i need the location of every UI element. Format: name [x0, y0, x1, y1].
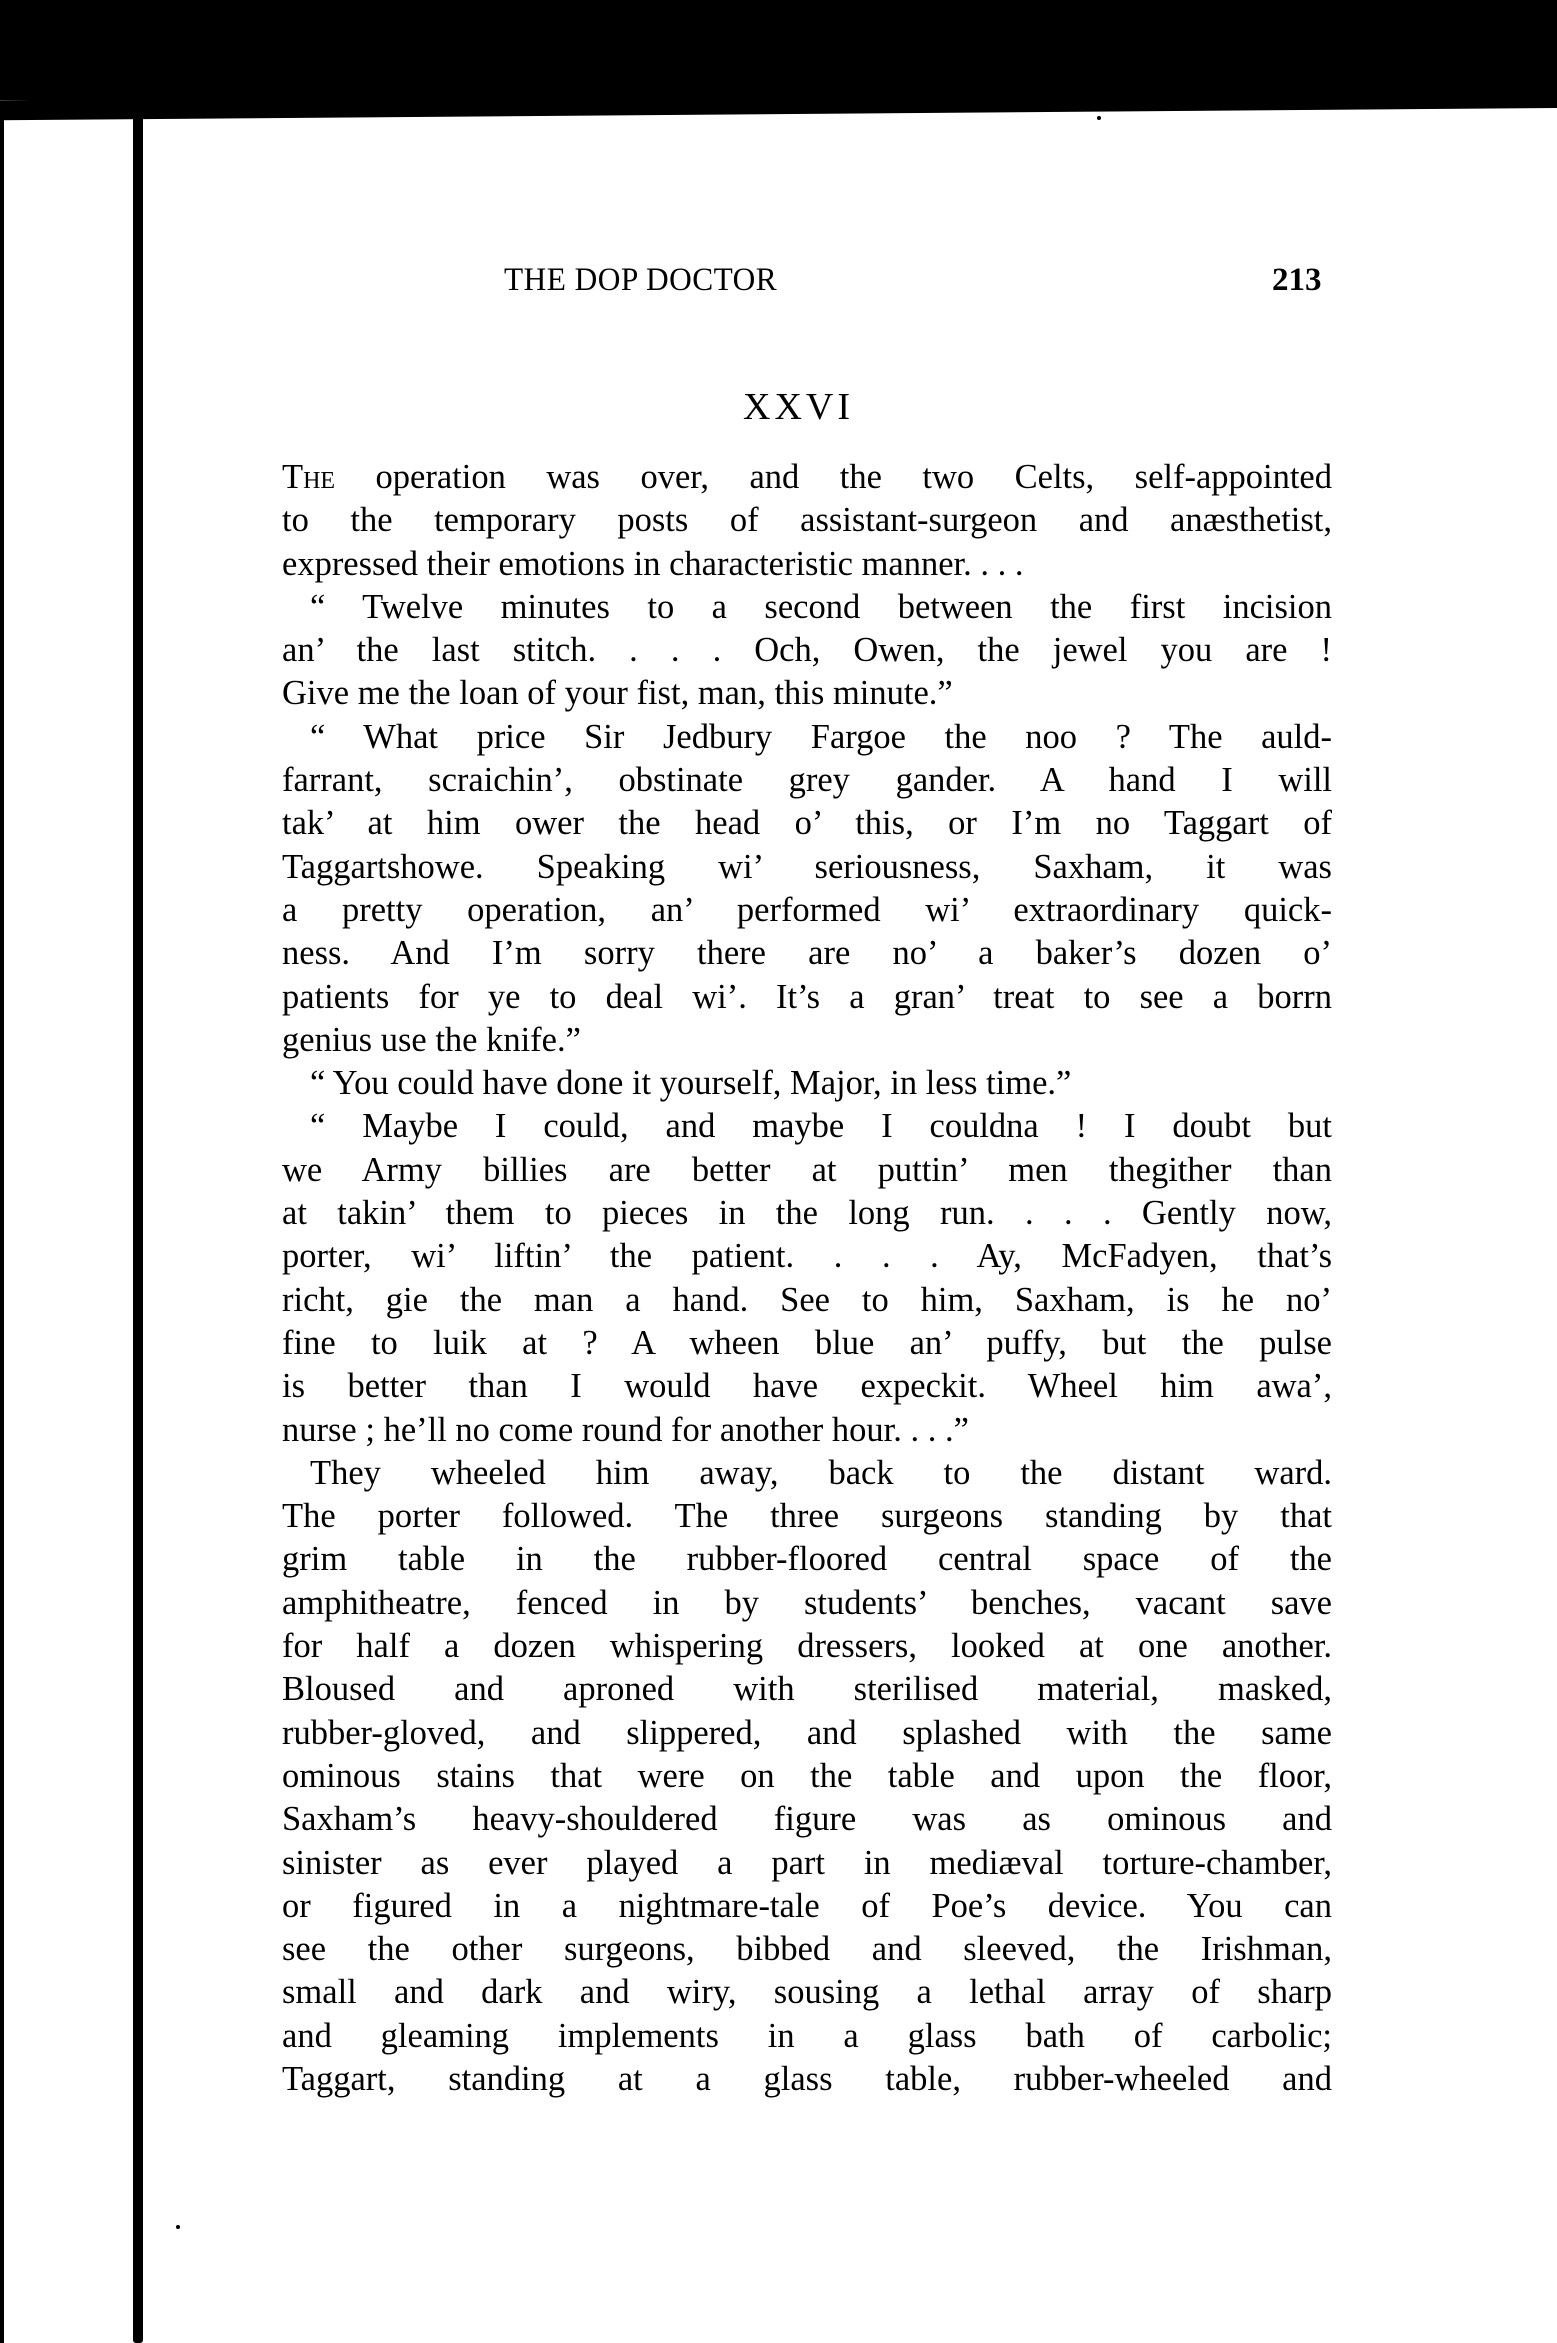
text-line: Give me the loan of your fist, man, this… — [282, 672, 1332, 715]
drop-smallcaps: The — [282, 458, 335, 496]
text-line: Taggartshowe. Speaking wi’ seriousness, … — [282, 846, 1332, 889]
text-line: nurse ; he’ll no come round for another … — [282, 1409, 1332, 1452]
chapter-number: XXVI — [0, 385, 1557, 429]
text-line: “ What price Sir Jedbury Fargoe the noo … — [282, 716, 1332, 759]
text-line: ness. And I’m sorry there are no’ a bake… — [282, 932, 1332, 975]
text-line: The porter followed. The three surgeons … — [282, 1495, 1332, 1538]
running-title: THE DOP DOCTOR — [504, 262, 777, 299]
text-line: rubber-gloved, and slippered, and splash… — [282, 1712, 1332, 1755]
text-line: The operation was over, and the two Celt… — [282, 456, 1332, 499]
text-line: amphitheatre, fenced in by students’ ben… — [282, 1582, 1332, 1625]
scan-top-border — [0, 0, 1557, 100]
text-line: grim table in the rubber-floored central… — [282, 1538, 1332, 1581]
text-line: we Army billies are better at puttin’ me… — [282, 1149, 1332, 1192]
text-line: an’ the last stitch. . . . Och, Owen, th… — [282, 629, 1332, 672]
text-line: expressed their emotions in characterist… — [282, 543, 1332, 586]
text-line: a pretty operation, an’ performed wi’ ex… — [282, 889, 1332, 932]
scan-speck — [1097, 116, 1101, 120]
text-line: at takin’ them to pieces in the long run… — [282, 1192, 1332, 1235]
text-line: ominous stains that were on the table an… — [282, 1755, 1332, 1798]
text-line: tak’ at him ower the head o’ this, or I’… — [282, 802, 1332, 845]
text-line: “ You could have done it yourself, Major… — [282, 1062, 1332, 1105]
scan-speck — [176, 2225, 180, 2229]
text-line: Saxham’s heavy-shouldered figure was as … — [282, 1798, 1332, 1841]
text-line: richt, gie the man a hand. See to him, S… — [282, 1279, 1332, 1322]
text-line: sinister as ever played a part in mediæv… — [282, 1842, 1332, 1885]
text-line: patients for ye to deal wi’. It’s a gran… — [282, 976, 1332, 1019]
text-line: is better than I would have expeckit. Wh… — [282, 1365, 1332, 1408]
book-gutter-line — [133, 105, 143, 2343]
text-line: and gleaming implements in a glass bath … — [282, 2015, 1332, 2058]
text-line: genius use the knife.” — [282, 1019, 1332, 1062]
text-line: to the temporary posts of assistant-surg… — [282, 499, 1332, 542]
text-line: or figured in a nightmare-tale of Poe’s … — [282, 1885, 1332, 1928]
text-line: “ Maybe I could, and maybe I couldna ! I… — [282, 1105, 1332, 1148]
page-number: 213 — [1272, 262, 1322, 299]
text-line: small and dark and wiry, sousing a letha… — [282, 1971, 1332, 2014]
text-line: “ Twelve minutes to a second between the… — [282, 586, 1332, 629]
text-line: They wheeled him away, back to the dista… — [282, 1452, 1332, 1495]
text-line: see the other surgeons, bibbed and sleev… — [282, 1928, 1332, 1971]
text-line: farrant, scraichin’, obstinate grey gand… — [282, 759, 1332, 802]
text-line: for half a dozen whispering dressers, lo… — [282, 1625, 1332, 1668]
text-line: Bloused and aproned with sterilised mate… — [282, 1668, 1332, 1711]
text-line: fine to luik at ? A wheen blue an’ puffy… — [282, 1322, 1332, 1365]
text-line: Taggart, standing at a glass table, rubb… — [282, 2058, 1332, 2101]
scan-left-edge — [0, 104, 4, 2343]
text-line: porter, wi’ liftin’ the patient. . . . A… — [282, 1235, 1332, 1278]
body-text: The operation was over, and the two Celt… — [282, 456, 1332, 2101]
running-head: THE DOP DOCTOR 213 — [0, 262, 1557, 302]
